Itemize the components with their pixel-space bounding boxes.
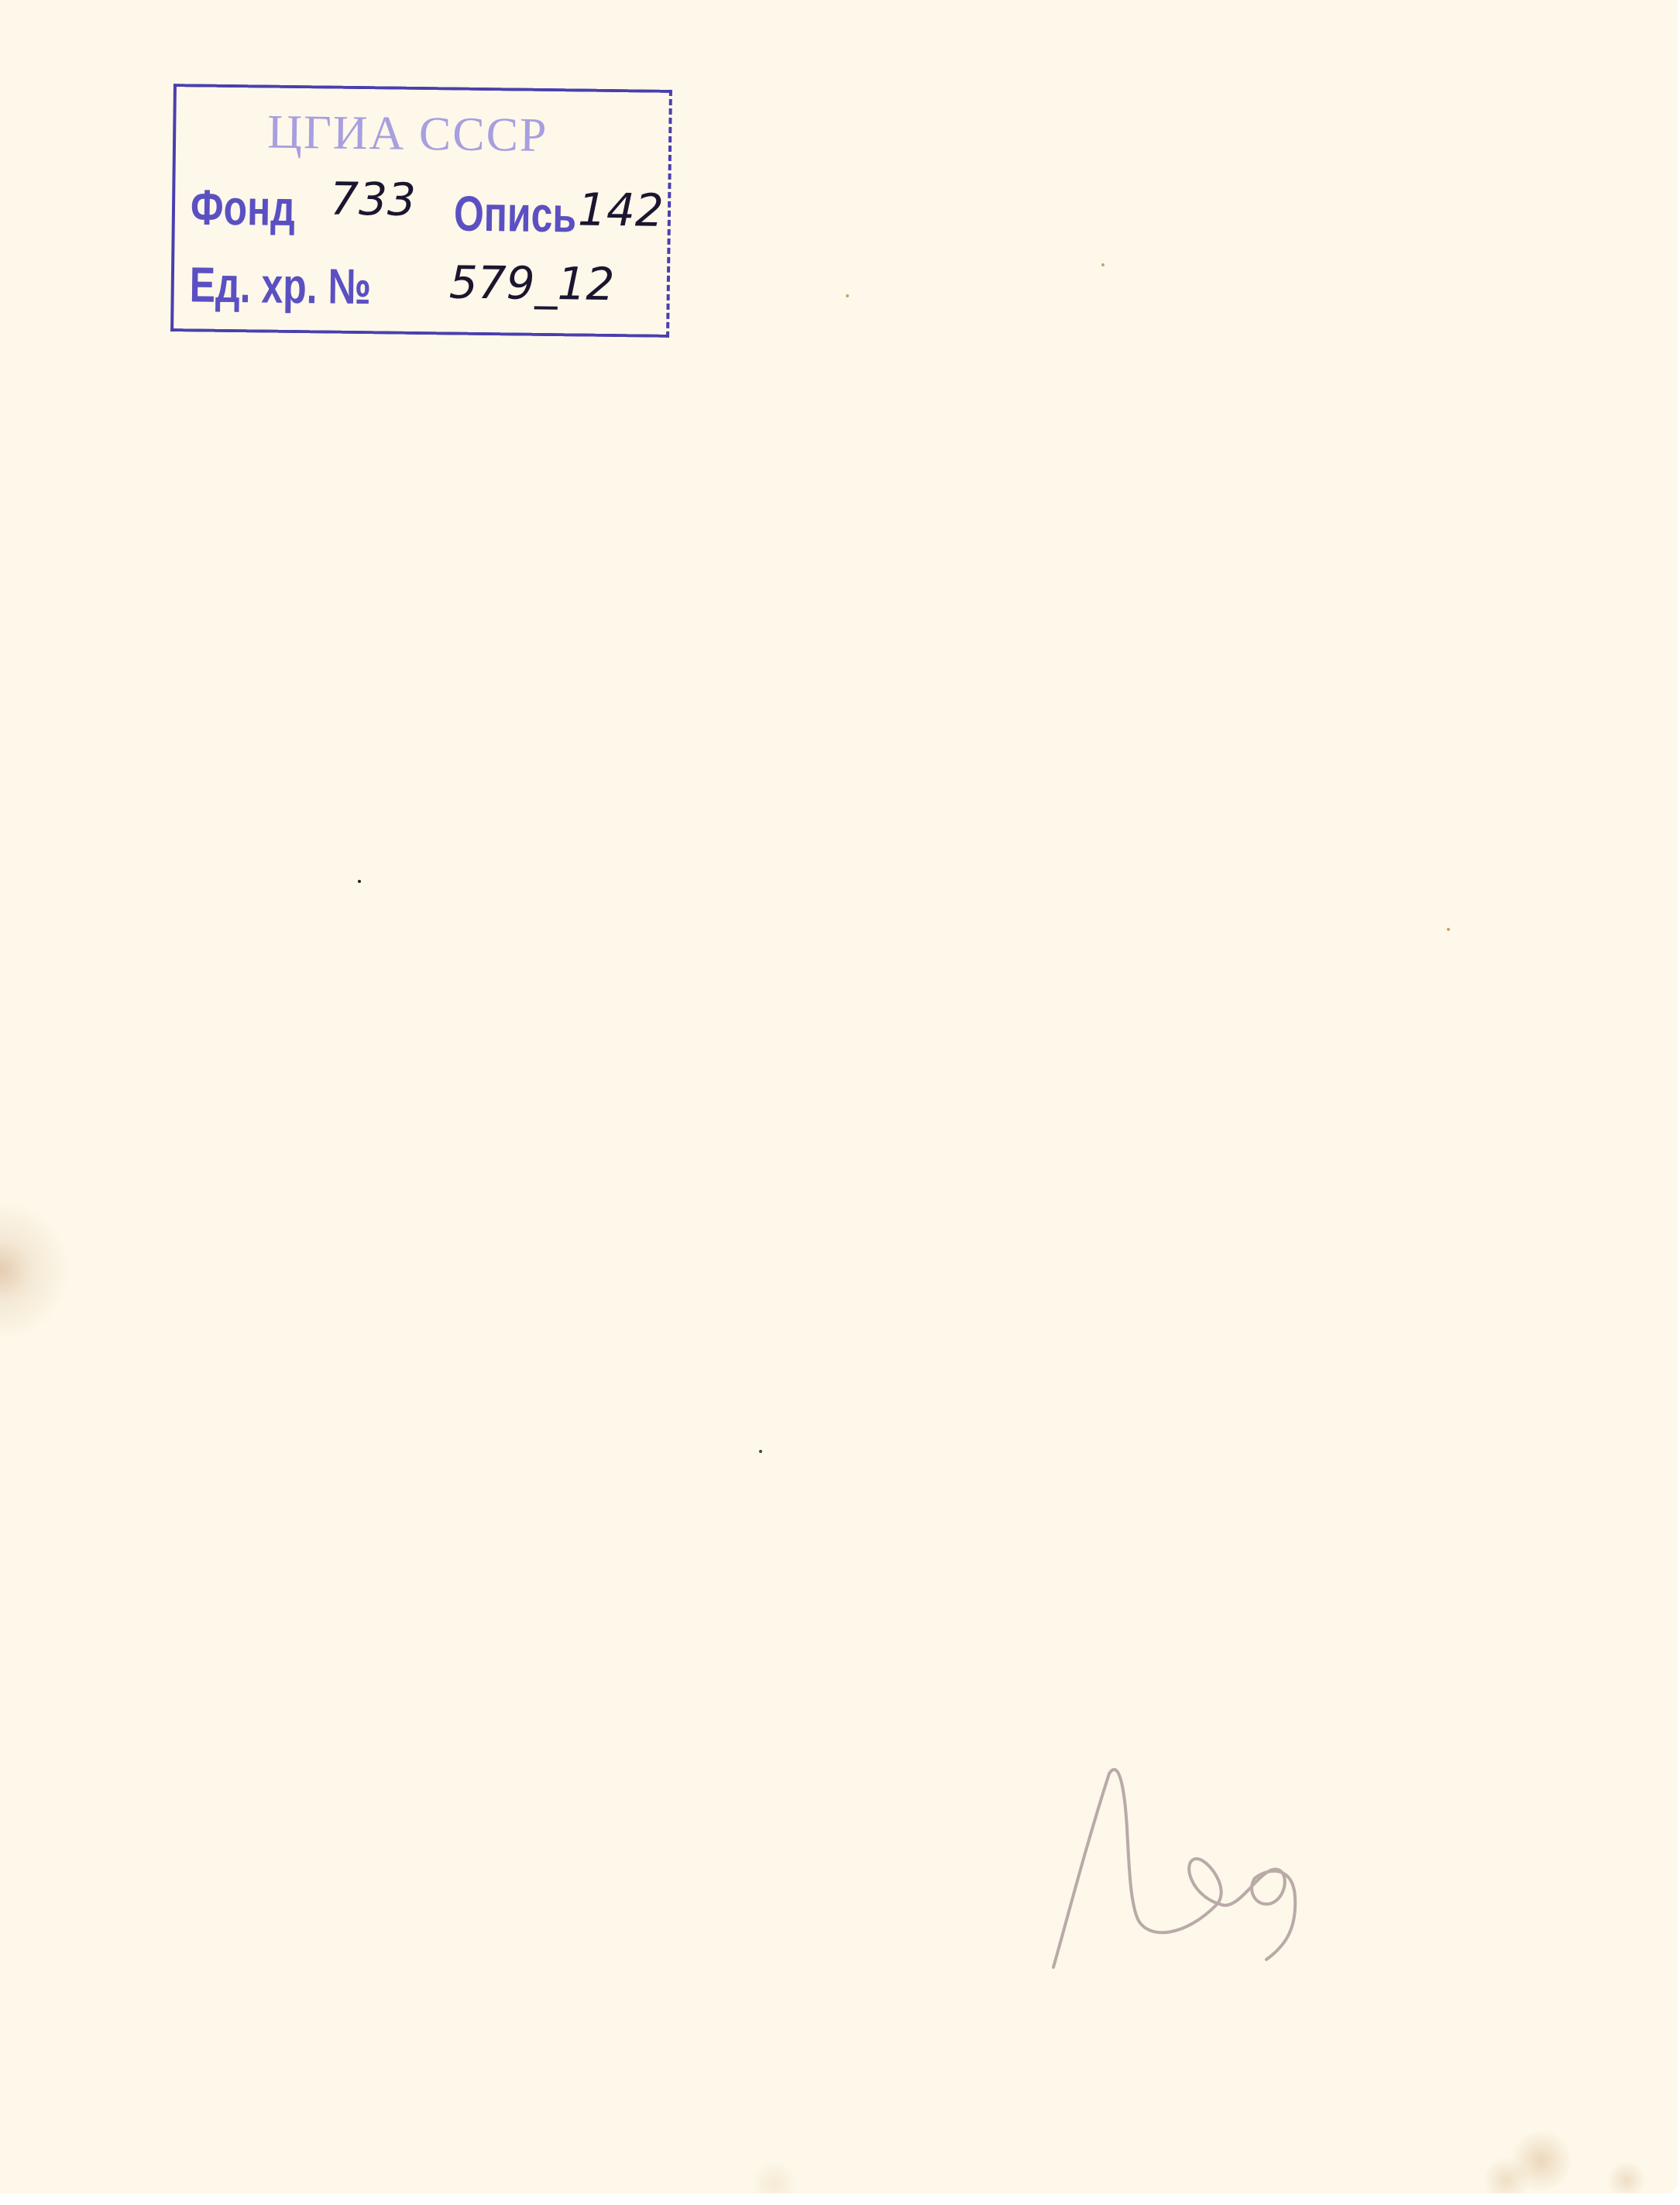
archive-stamp: ЦГИА СССР Фонд 733 Опись 142 Ед. хр. № 5… [170, 84, 672, 338]
paper-speck [759, 1450, 762, 1453]
opis-label: Опись [454, 185, 577, 244]
opis-value: 142 [578, 183, 665, 236]
paper-speck [1101, 263, 1105, 266]
item-label: Ед. хр. № [189, 256, 371, 315]
item-value: 579_12 [448, 256, 614, 311]
archive-name: ЦГИА СССР [267, 105, 548, 163]
paper-speck [846, 294, 849, 297]
archival-page: ЦГИА СССР Фонд 733 Опись 142 Ед. хр. № 5… [0, 0, 1678, 2193]
paper-speck [358, 880, 361, 883]
paper-speck [1447, 928, 1450, 931]
fond-value: 733 [330, 173, 417, 226]
fond-label: Фонд [191, 178, 296, 237]
pencil-signature [1022, 1743, 1317, 1975]
